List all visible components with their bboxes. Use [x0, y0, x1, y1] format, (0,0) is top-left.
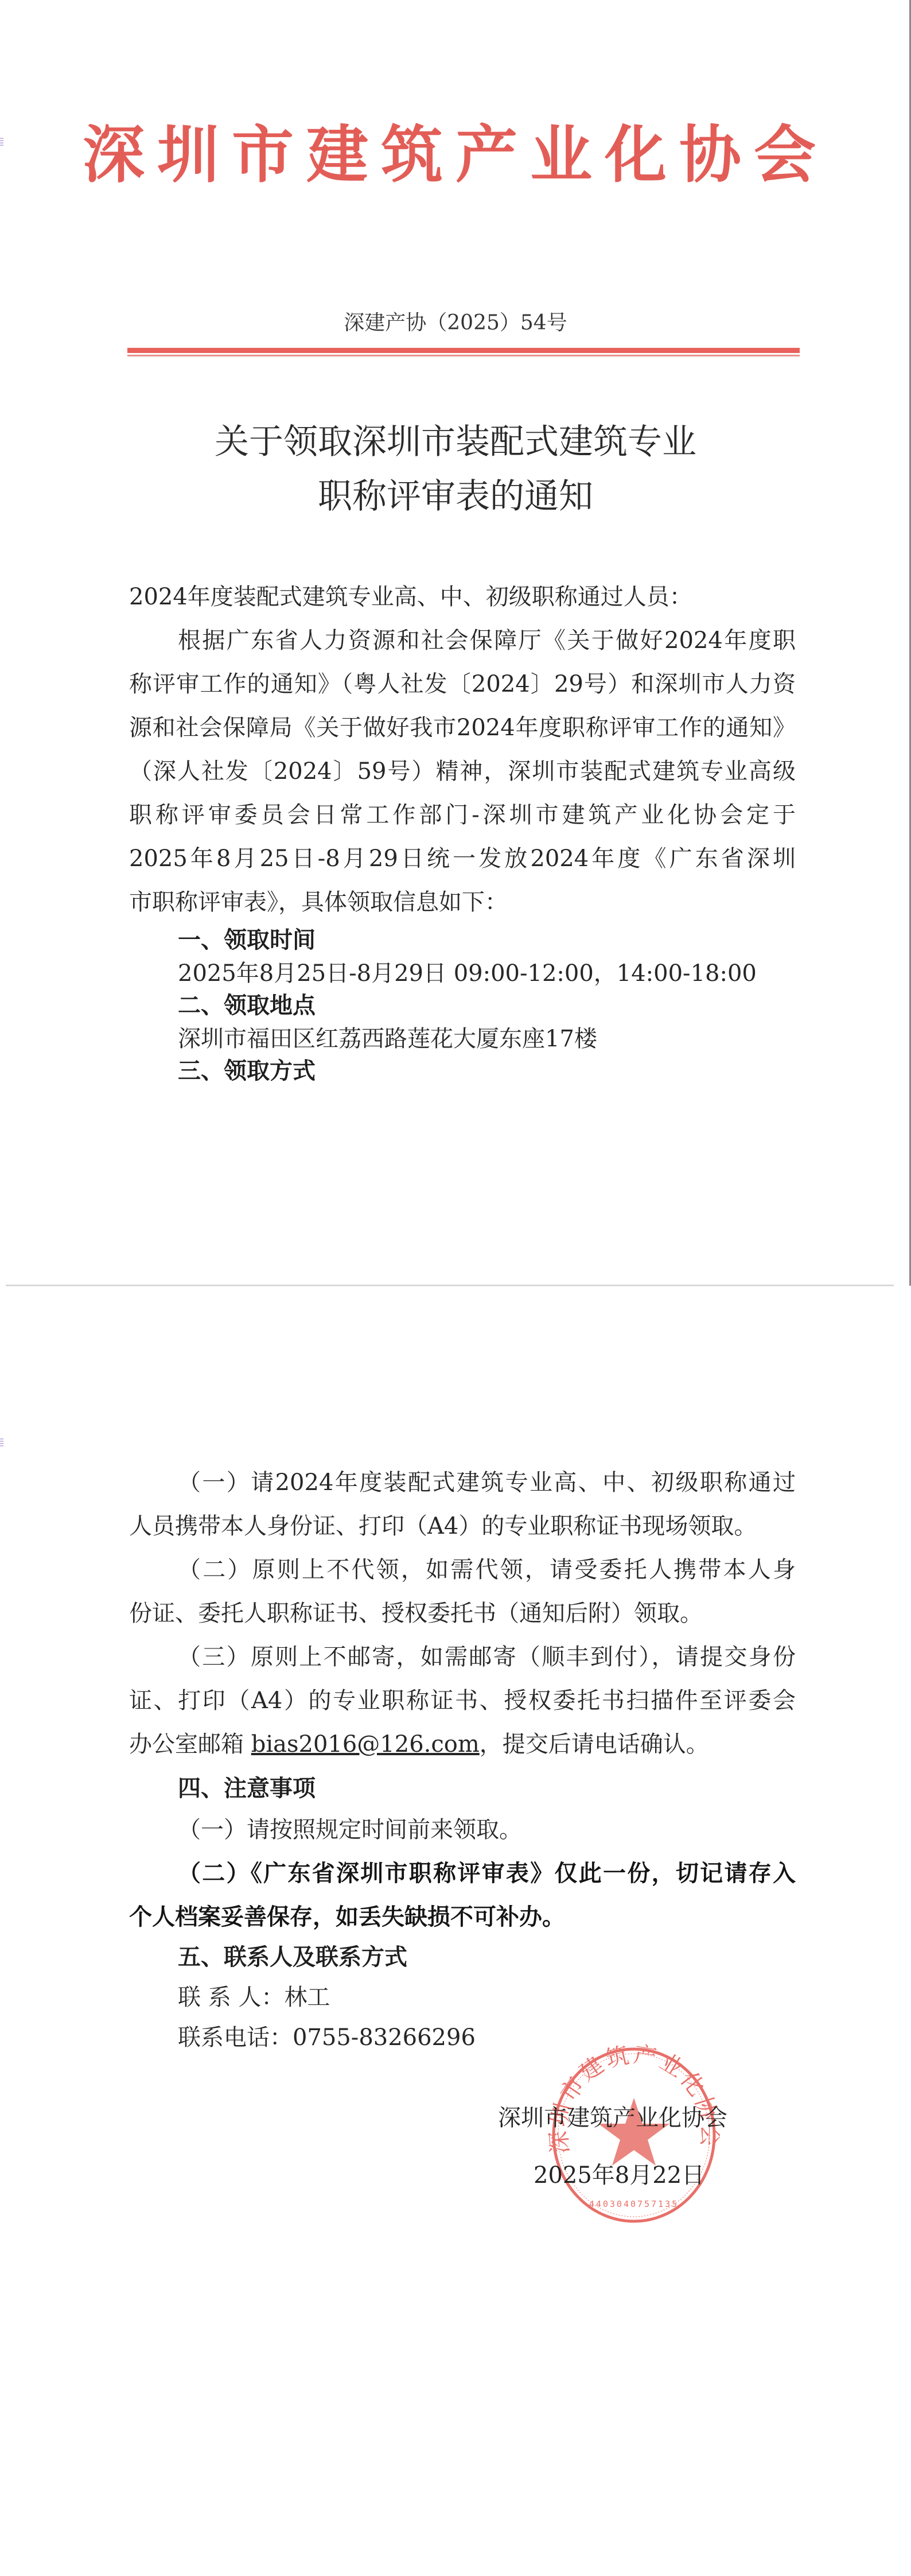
section-heading-location: 二、领取地点: [178, 990, 796, 1022]
letterhead-organization: 深圳市建筑产业化协会: [0, 118, 911, 192]
email-prefix: 办公室邮箱: [129, 1731, 251, 1758]
intro-line: 源和社会保障局《关于做好我市2024年度职称评审工作的通知》: [129, 712, 796, 744]
note-item-2-line-2: 个人档案妥善保存，如丢失缺损不可补办。: [129, 1901, 796, 1933]
method-item-2-line-1: （二）原则上不代领，如需代领，请受委托人携带本人身: [178, 1554, 796, 1586]
email-link[interactable]: bias2016@126.com: [251, 1731, 480, 1758]
pickup-location: 深圳市福田区红荔西路莲花大厦东座17楼: [178, 1023, 796, 1055]
contact-person-value: 林工: [284, 1984, 330, 2011]
scan-artifact: [0, 1438, 3, 1446]
page-1: 深圳市建筑产业化协会 深建产协（2025）54号 关于领取深圳市装配式建筑专业 …: [0, 0, 911, 1286]
intro-line: 市职称评审表》，具体领取信息如下：: [129, 886, 796, 918]
method-item-3-line-2: 证、打印（A4）的专业职称证书、授权委托书扫描件至评委会: [129, 1685, 796, 1717]
notice-title-line-1: 关于领取深圳市装配式建筑专业: [0, 413, 911, 471]
section-heading-contact: 五、联系人及联系方式: [178, 1941, 796, 1973]
intro-line: （深人社发〔2024〕59号）精神，深圳市装配式建筑专业高级: [129, 755, 796, 787]
method-item-1-line-1: （一）请2024年度装配式建筑专业高、中、初级职称通过: [178, 1467, 796, 1499]
email-suffix: ，提交后请电话确认。: [480, 1731, 709, 1758]
note-item-2-line-1: （二）《广东省深圳市职称评审表》仅此一份，切记请存入: [178, 1857, 796, 1890]
method-item-2-line-2: 份证、委托人职称证书、授权委托书（通知后附）领取。: [129, 1597, 796, 1630]
page-separator: [6, 1285, 894, 1286]
intro-line: 称评审工作的通知》（粤人社发〔2024〕29号）和深圳市人力资: [129, 668, 796, 700]
notice-title-line-2: 职称评审表的通知: [0, 468, 911, 525]
method-item-3-line-3: 办公室邮箱 bias2016@126.com，提交后请电话确认。: [129, 1728, 796, 1760]
salutation: 2024年度装配式建筑专业高、中、初级职称通过人员：: [129, 581, 796, 613]
contact-person: 联 系 人：林工: [178, 1981, 796, 2014]
contact-phone-label: 联系电话：: [178, 2024, 293, 2051]
method-item-3-line-1: （三）原则上不邮寄，如需邮寄（顺丰到付），请提交身份: [178, 1641, 796, 1673]
letterhead-rule-thin: [127, 355, 800, 356]
contact-phone-value[interactable]: 0755-83266296: [293, 2024, 476, 2051]
seal-code: 4403040757135: [589, 2199, 679, 2209]
section-heading-method: 三、领取方式: [178, 1055, 796, 1087]
official-seal-icon: 深圳市建筑产业化协会 4403040757135: [548, 2043, 720, 2227]
contact-person-label: 联 系 人：: [178, 1984, 284, 2011]
section-heading-notes: 四、注意事项: [178, 1772, 796, 1805]
intro-line: 根据广东省人力资源和社会保障厅《关于做好2024年度职: [178, 624, 796, 657]
signature-date: 2025年8月22日: [534, 2159, 704, 2191]
note-item-1: （一）请按照规定时间前来领取。: [178, 1814, 796, 1846]
document-number: 深建产协（2025）54号: [0, 309, 911, 337]
method-item-1-line-2: 人员携带本人身份证、打印（A4）的专业职称证书现场领取。: [129, 1510, 796, 1542]
signature-organization: 深圳市建筑产业化协会: [498, 2102, 727, 2134]
letterhead-rule-thick: [127, 348, 800, 353]
intro-line: 职称评审委员会日常工作部门-深圳市建筑产业化协会定于: [129, 799, 796, 831]
intro-line: 2025年8月25日-8月29日统一发放2024年度《广东省深圳: [129, 843, 796, 875]
section-heading-time: 一、领取时间: [178, 924, 796, 956]
pickup-time: 2025年8月25日-8月29日 09:00-12:00，14:00-18:00: [178, 957, 796, 990]
